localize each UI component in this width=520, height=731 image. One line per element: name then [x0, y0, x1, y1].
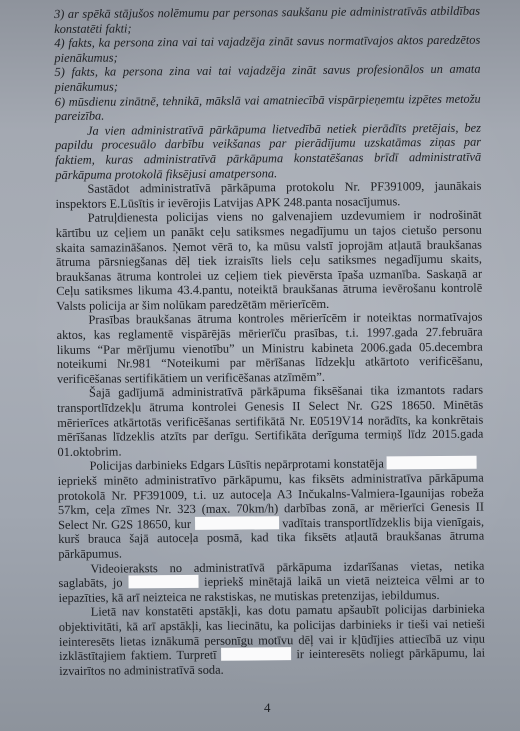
line-text: pienākumus;: [54, 50, 117, 64]
line-text: Ceļu satiksmes likuma 43.4.pantu, noteik…: [56, 281, 482, 298]
line-text: izklāstītajiem faktiem. Turpretī: [59, 648, 222, 663]
redaction-box: [221, 647, 291, 661]
scanned-document-page: 3) ar spēkā stājušos nolēmumu par person…: [0, 0, 520, 731]
line-text: 4) fakts, ka persona zina vai tai vajadz…: [54, 33, 480, 50]
line-text: vadītais transportlīdzeklis bija vienīga…: [279, 514, 485, 530]
line-text: konstatēti fakti;: [54, 21, 132, 36]
line-text: pārkāpumus.: [58, 546, 122, 560]
page-number: 4: [264, 700, 271, 716]
line-text: pareizība.: [55, 109, 105, 123]
line-text: faktiem, kuras administratīvā pārkāpuma …: [55, 150, 481, 167]
line-text: 3) ar spēkā stājušos nolēmumu par person…: [54, 4, 480, 21]
line-text: kurš brauca šajā autoceļa posmā, kad tik…: [58, 529, 484, 546]
line-text: 6) mūsdienu zinātnē, tehnikā, mākslā vai…: [55, 91, 481, 108]
line-text: Sastādot administratīvā pārkāpuma protok…: [87, 179, 481, 196]
line-text: 5) fakts, ka persona zina vai tai vajadz…: [54, 62, 480, 79]
line-text: iepriekš minētajā laikā un vietā neiztei…: [198, 573, 484, 589]
redaction-box: [195, 516, 279, 530]
line-text: 01.oktobrim.: [57, 444, 121, 459]
line-text: Policijas darbinieks Edgars Lūsītis nepā…: [90, 457, 387, 473]
line-text: mērīšanas līdzeklis atzīts par derīgu. S…: [57, 427, 483, 444]
document-line: izvairītos no administratīvā soda.: [59, 660, 485, 678]
line-text: Select Nr. G2S 18650, kur: [58, 517, 195, 532]
line-text: saglabāts, jo: [58, 576, 128, 591]
redaction-box: [387, 456, 477, 470]
redaction-box: [128, 575, 198, 589]
line-text: pārkāpuma protokolā fiksējusi amatperson…: [55, 166, 277, 182]
line-text: verificēšanas sertifikātiem un verificēš…: [57, 370, 325, 386]
line-text: ir ieinteresēts noliegt pārkāpumu, lai: [291, 646, 485, 662]
line-text: pienākumus;: [55, 79, 118, 93]
line-text: izvairītos no administratīvā soda.: [59, 662, 224, 677]
line-text: Valsts policija ar šim nolūkam paredzētā…: [56, 297, 329, 313]
line-text: noteikumi Nr.981 “Noteikumi par mērīšana…: [57, 354, 483, 371]
document-body: 3) ar spēkā stājušos nolēmumu par person…: [54, 4, 485, 679]
